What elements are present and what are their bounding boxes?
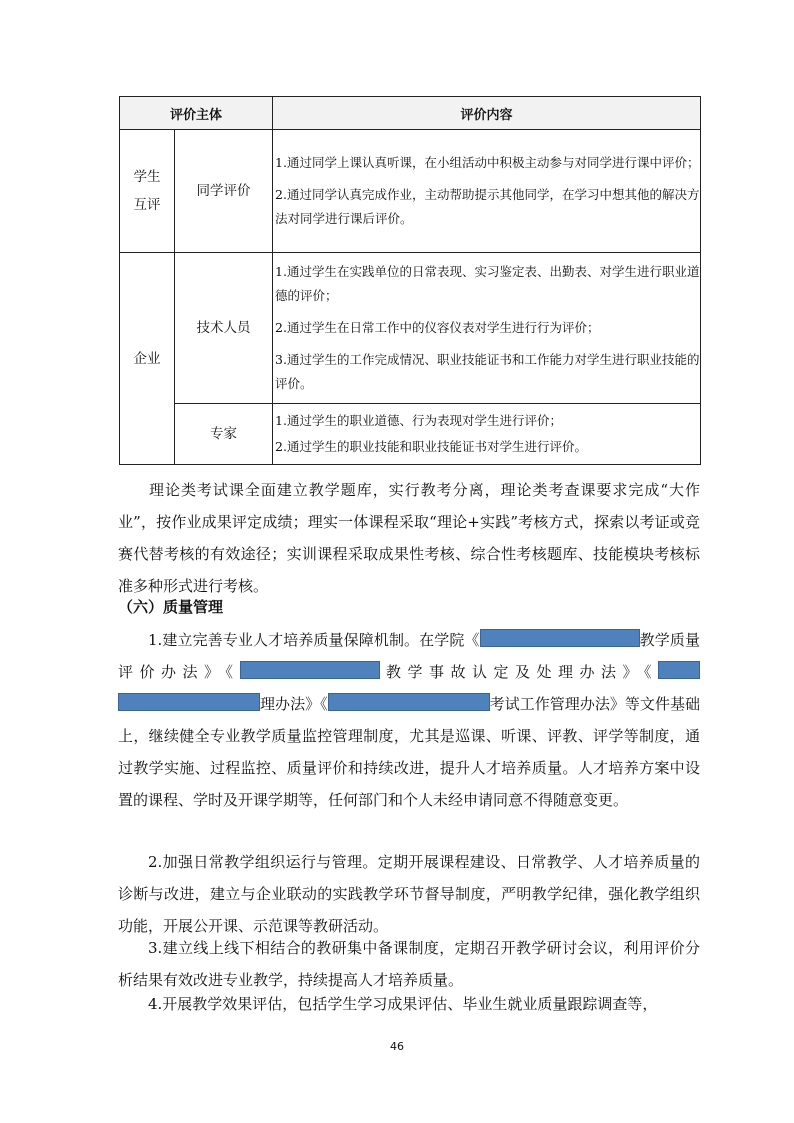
quality-paragraph-1: 1.建立完善专业人才培养质量保障机制。在学院《教学质量评价办法》《教学事故认定及…	[118, 624, 700, 816]
role-cell: 技术人员	[175, 253, 273, 404]
exam-paragraph: 理论类考试课全面建立教学题库，实行教考分离，理论类考查课要求完成“大作业”，按作…	[118, 474, 700, 602]
header-content: 评价内容	[273, 97, 701, 130]
header-subject: 评价主体	[120, 97, 273, 130]
quality-paragraph-4: 4.开展教学效果评估，包括学生学习成果评估、毕业生就业质量跟踪调查等，	[118, 988, 700, 1020]
table-row: 企业 技术人员 1.通过学生在实践单位的日常表现、实习鉴定表、出勤表、对学生进行…	[120, 253, 701, 404]
table-header-row: 评价主体 评价内容	[120, 97, 701, 130]
content-item: 1.通过同学上课认真听课，在小组活动中积极主动参与对同学进行课中评价；	[275, 151, 700, 175]
content-item: 1.通过学生的职业道德、行为表现对学生进行评价；	[275, 409, 700, 433]
redaction-box	[480, 629, 640, 647]
subject-label: 学生互评	[127, 163, 167, 219]
role-cell: 同学评价	[175, 130, 273, 253]
evaluation-table: 评价主体 评价内容 学生互评 同学评价 1.通过同学上课认真听课，在小组活动中积…	[119, 96, 701, 465]
subject-cell: 学生互评	[120, 130, 175, 253]
subject-cell: 企业	[120, 253, 175, 465]
content-cell: 1.通过学生在实践单位的日常表现、实习鉴定表、出勤表、对学生进行职业道德的评价；…	[273, 253, 701, 404]
table-row: 学生互评 同学评价 1.通过同学上课认真听课，在小组活动中积极主动参与对同学进行…	[120, 130, 701, 253]
role-cell: 专家	[175, 404, 273, 465]
content-cell: 1.通过同学上课认真听课，在小组活动中积极主动参与对同学进行课中评价； 2.通过…	[273, 130, 701, 253]
content-item: 2.通过学生的职业技能和职业技能证书对学生进行评价。	[275, 435, 700, 459]
redaction-box	[658, 661, 700, 679]
content-item: 2.通过学生在日常工作中的仪容仪表对学生进行行为评价；	[275, 316, 700, 340]
quality-paragraph-3: 3.建立线上线下相结合的教研集中备课制度，定期召开教学研讨会议，利用评价分析结果…	[118, 932, 700, 996]
content-cell: 1.通过学生的职业道德、行为表现对学生进行评价； 2.通过学生的职业技能和职业技…	[273, 404, 701, 465]
page-number: 46	[0, 1040, 794, 1053]
redaction-box	[118, 693, 260, 711]
redaction-box	[240, 661, 380, 679]
content-item: 1.通过学生在实践单位的日常表现、实习鉴定表、出勤表、对学生进行职业道德的评价；	[275, 260, 700, 308]
redaction-box	[328, 693, 490, 711]
table-row: 专家 1.通过学生的职业道德、行为表现对学生进行评价； 2.通过学生的职业技能和…	[120, 404, 701, 465]
content-item: 3.通过学生的工作完成情况、职业技能证书和工作能力对学生进行职业技能的评价。	[275, 348, 700, 396]
document-page: 评价主体 评价内容 学生互评 同学评价 1.通过同学上课认真听课，在小组活动中积…	[0, 0, 794, 1123]
quality-paragraph-2: 2.加强日常教学组织运行与管理。定期开展课程建设、日常教学、人才培养质量的诊断与…	[118, 846, 700, 942]
section-heading: （六）质量管理	[118, 596, 223, 617]
content-item: 2.通过同学认真完成作业，主动帮助提示其他同学，在学习中想其他的解决方法对同学进…	[275, 183, 700, 231]
